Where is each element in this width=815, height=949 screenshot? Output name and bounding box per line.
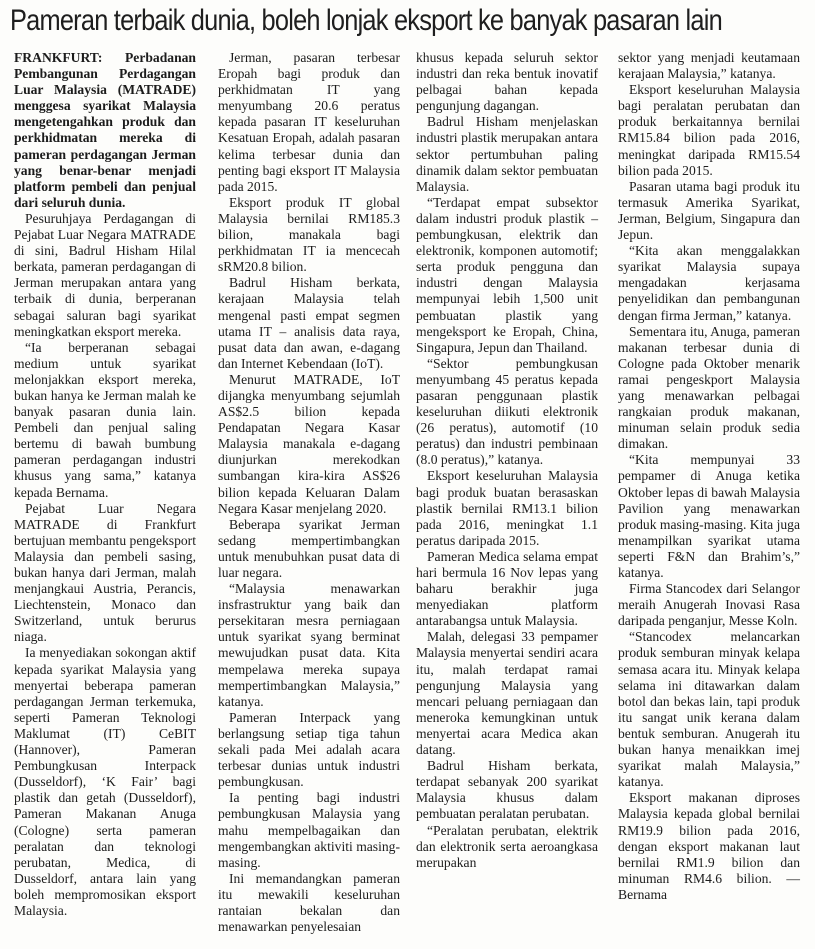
paragraph: “Stancodex melancarkan produk semburan m… — [618, 629, 800, 790]
paragraph: Pameran Interpack yang berlangsung setia… — [218, 710, 400, 790]
paragraph: Eksport keseluruhan Malaysia bagi perala… — [618, 82, 800, 179]
article-headline: Pameran terbaik dunia, boleh lonjak eksp… — [10, 4, 698, 38]
paragraph: Badrul Hisham berkata, kerajaan Malaysia… — [218, 275, 400, 372]
article-column-2: Jerman, pasaran terbesar Eropah bagi pro… — [218, 50, 400, 935]
paragraph: “Terdapat empat subsektor dalam industri… — [416, 195, 598, 356]
paragraph: Pesuruhjaya Perdagangan di Pejabat Luar … — [14, 211, 196, 340]
paragraph: Ia menyediakan sokongan aktif kepada sya… — [14, 645, 196, 919]
paragraph-continued: khusus kepada seluruh sektor industri da… — [416, 50, 598, 114]
paragraph: Ini memandangkan pameran itu mewakili ke… — [218, 871, 400, 935]
paragraph: Sementara itu, Anuga, pameran makanan te… — [618, 324, 800, 453]
paragraph: “Ia berperanan sebagai medium untuk syar… — [14, 340, 196, 501]
paragraph: Pejabat Luar Negara MATRADE di Frankfurt… — [14, 501, 196, 646]
paragraph: Eksport keseluruhan Malaysia bagi produk… — [416, 468, 598, 548]
paragraph: Menurut MATRADE, IoT dijangka menyumbang… — [218, 372, 400, 517]
paragraph: Badrul Hisham berkata, terdapat sebanyak… — [416, 758, 598, 822]
lead-paragraph: FRANKFURT: Perbadanan Pembangunan Perdag… — [14, 50, 196, 211]
paragraph: Jerman, pasaran terbesar Eropah bagi pro… — [218, 50, 400, 195]
paragraph: Eksport produk IT global Malaysia bernil… — [218, 195, 400, 275]
paragraph: Ia penting bagi industri pembungkusan Ma… — [218, 790, 400, 870]
paragraph: Badrul Hisham menjelaskan industri plast… — [416, 114, 598, 194]
paragraph: Beberapa syarikat Jerman sedang memperti… — [218, 517, 400, 581]
article-column-4: sektor yang menjadi keutamaan kerajaan M… — [618, 50, 800, 903]
paragraph-continued: sektor yang menjadi keutamaan kerajaan M… — [618, 50, 800, 82]
paragraph: “Sektor pembungkusan menyumbang 45 perat… — [416, 356, 598, 469]
paragraph: Pasaran utama bagi produk itu termasuk A… — [618, 179, 800, 243]
paragraph: “Kita mempunyai 33 pempamer di Anuga ket… — [618, 452, 800, 581]
paragraph: Eksport makanan diproses Malaysia kepada… — [618, 790, 800, 903]
paragraph: Pameran Medica selama empat hari bermula… — [416, 549, 598, 629]
paragraph: Firma Stancodex dari Selangor meraih Anu… — [618, 581, 800, 629]
article-body: FRANKFURT: Perbadanan Pembangunan Perdag… — [14, 50, 808, 949]
article-column-3: khusus kepada seluruh sektor industri da… — [416, 50, 598, 871]
paragraph: “Kita akan menggalakkan syarikat Malaysi… — [618, 243, 800, 323]
article-column-1: FRANKFURT: Perbadanan Pembangunan Perdag… — [14, 50, 196, 919]
paragraph: Malah, delegasi 33 pempamer Malaysia men… — [416, 629, 598, 758]
paragraph: “Malaysia menawarkan insfrastruktur yang… — [218, 581, 400, 710]
paragraph: “Peralatan perubatan, elektrik dan elekt… — [416, 823, 598, 871]
